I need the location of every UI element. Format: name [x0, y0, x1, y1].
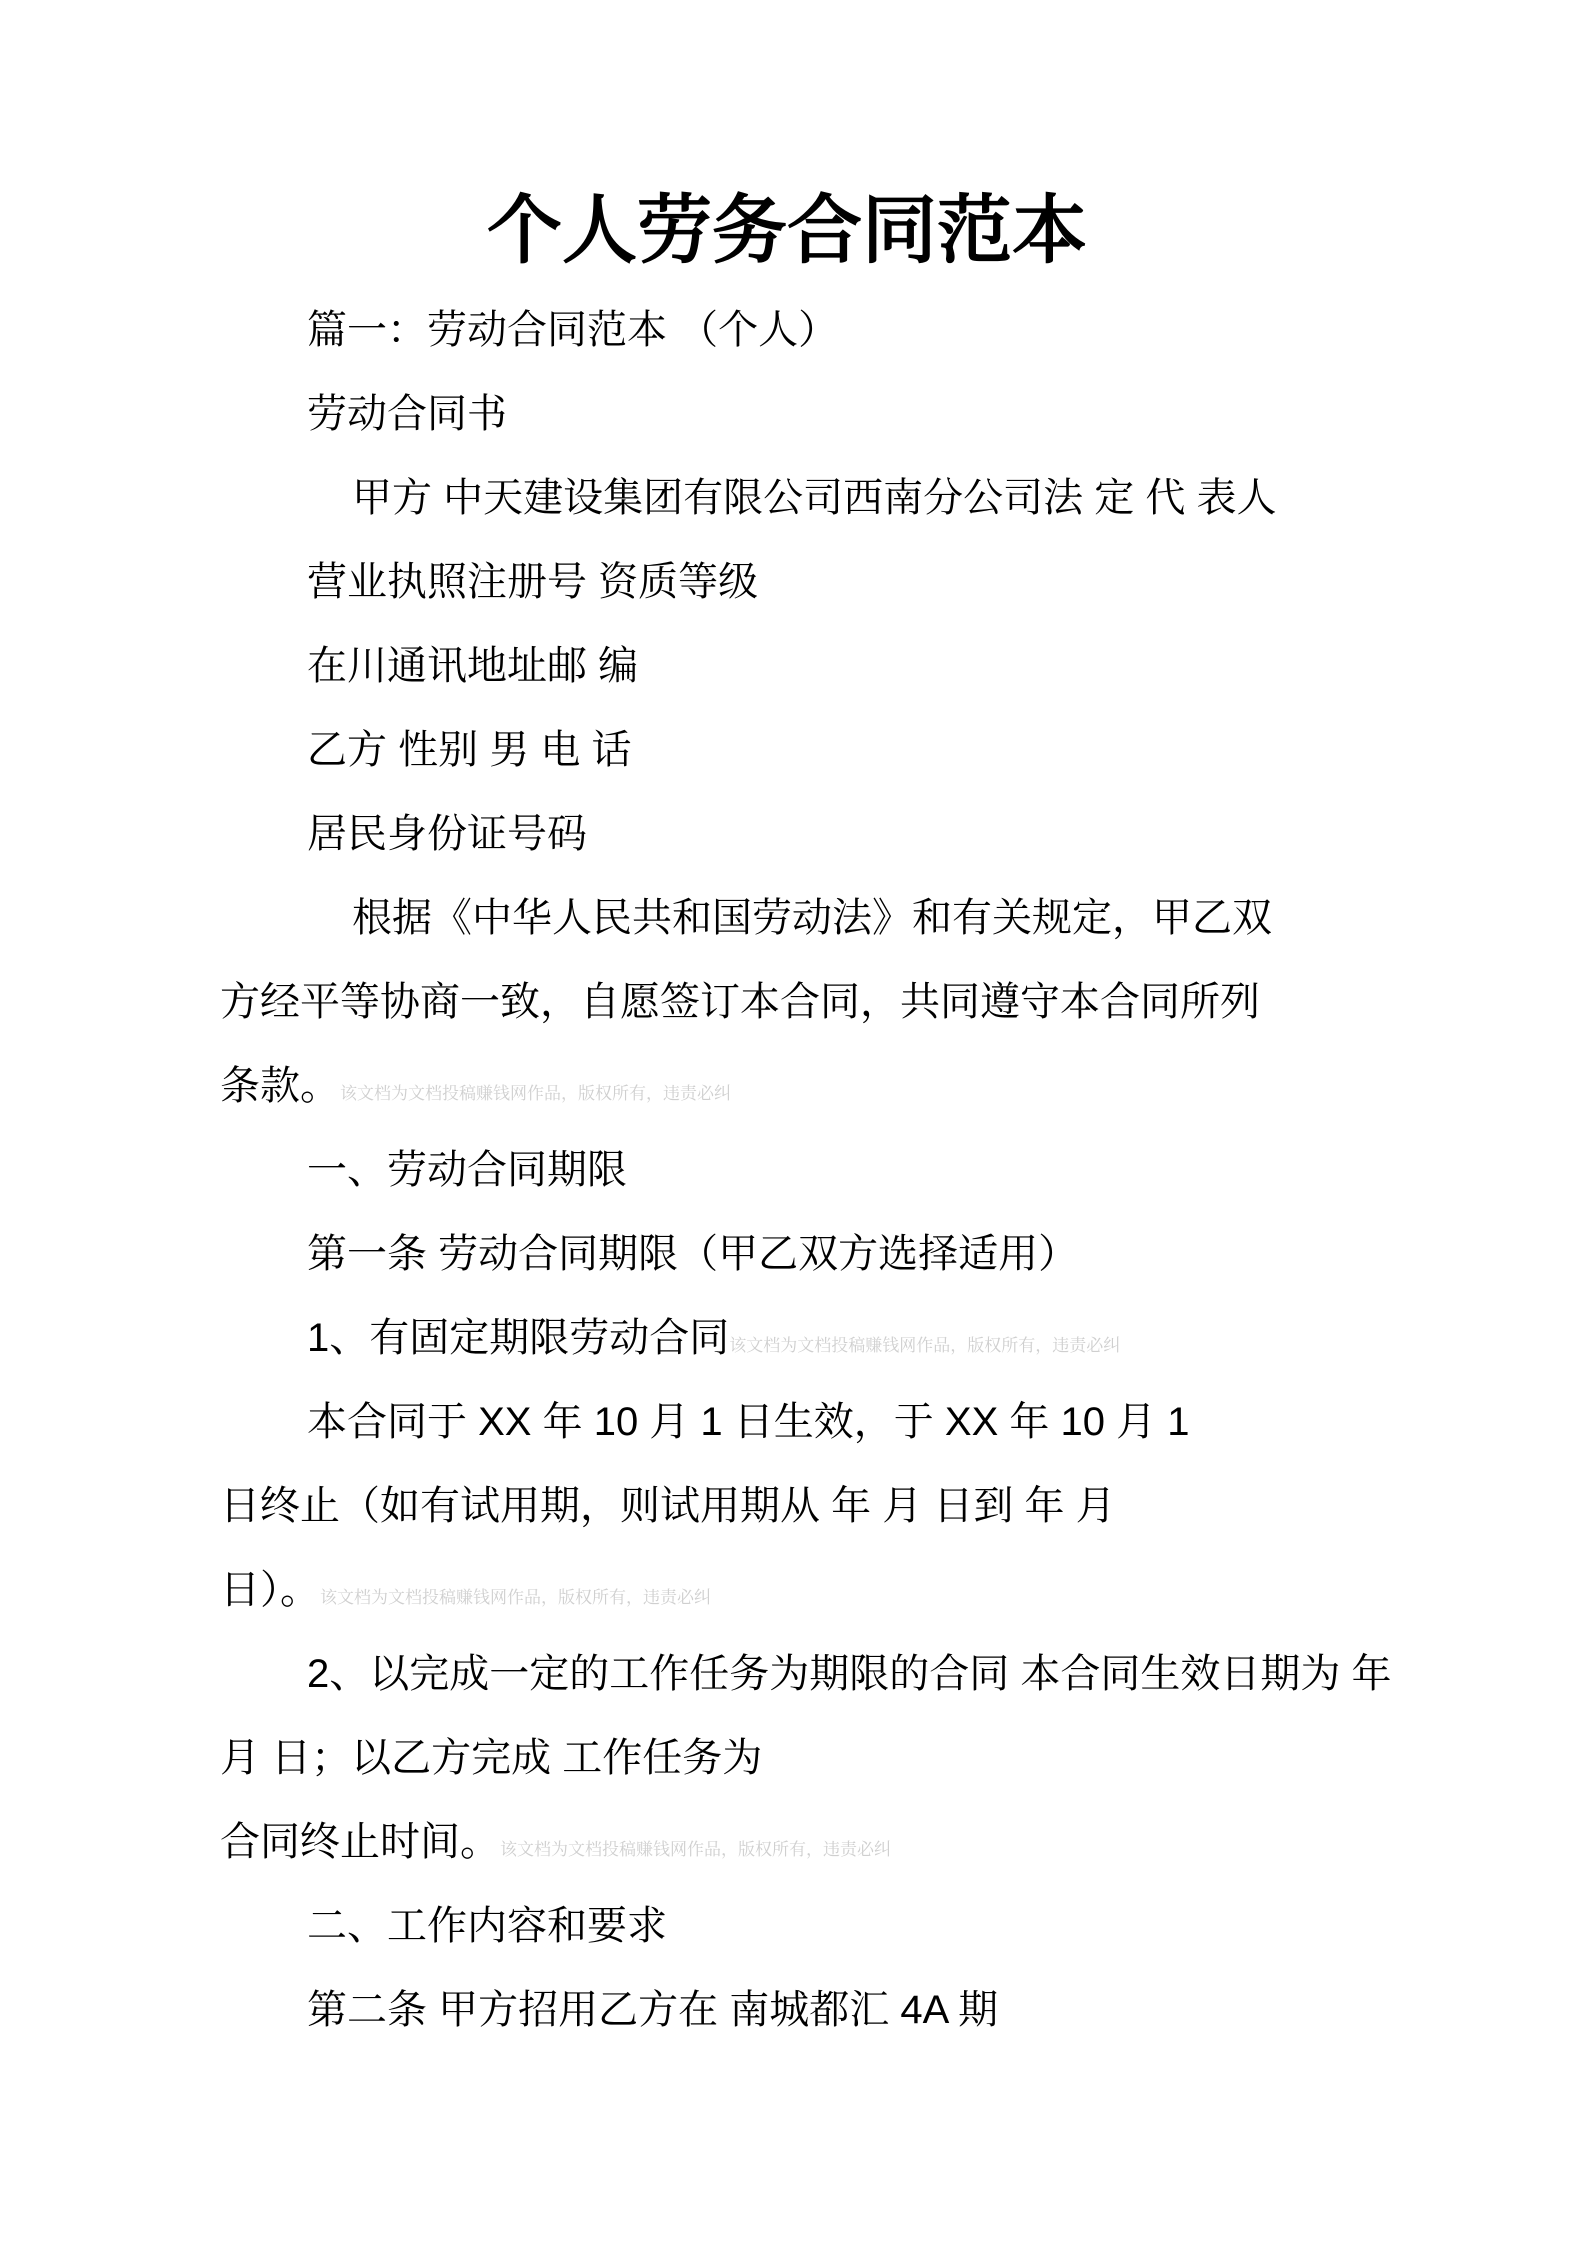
- paragraph-task-term-3: 合同终止时间。该文档为文档投稿赚钱网作品，版权所有，违责必纠: [0, 1800, 1594, 1884]
- paragraph-text: 第二条 甲方招用乙方在 南城都汇 4A 期: [307, 1988, 998, 2032]
- watermark-text: 该文档为文档投稿赚钱网作品，版权所有，违责必纠: [340, 1084, 731, 1103]
- paragraph-text: 根据《中华人民共和国劳动法》和有关规定，甲乙双: [352, 896, 1272, 940]
- watermark-text: 该文档为文档投稿赚钱网作品，版权所有，违责必纠: [320, 1588, 711, 1607]
- paragraph-effective-date-3: 日）。该文档为文档投稿赚钱网作品，版权所有，违责必纠: [0, 1548, 1594, 1632]
- paragraph-article-two: 第二条 甲方招用乙方在 南城都汇 4A 期: [0, 1968, 1594, 2052]
- paragraph-text: 方经平等协商一致，自愿签订本合同，共同遵守本合同所列: [220, 980, 1260, 1024]
- paragraph-license-number: 营业执照注册号 资质等级: [0, 540, 1594, 624]
- paragraph-address: 在川通讯地址邮 编: [0, 624, 1594, 708]
- paragraph-text: 2、以完成一定的工作任务为期限的合同 本合同生效日期为 年: [307, 1652, 1391, 1696]
- paragraph-text: 一、劳动合同期限: [307, 1148, 627, 1192]
- paragraph-text: 本合同于 XX 年 10 月 1 日生效，于 XX 年 10 月 1: [307, 1400, 1189, 1444]
- paragraph-text: 条款。: [220, 1064, 340, 1108]
- paragraph-section-two-heading: 二、工作内容和要求: [0, 1884, 1594, 1968]
- paragraph-text: 日）。: [220, 1568, 320, 1612]
- paragraph-text: 合同终止时间。: [220, 1820, 500, 1864]
- paragraph-section-one-heading: 一、劳动合同期限: [0, 1128, 1594, 1212]
- paragraph-text: 甲方 中天建设集团有限公司西南分公司法 定 代 表人: [352, 476, 1276, 520]
- paragraph-preamble-1: 根据《中华人民共和国劳动法》和有关规定，甲乙双: [0, 876, 1594, 960]
- paragraph-preamble-3: 条款。该文档为文档投稿赚钱网作品，版权所有，违责必纠: [0, 1044, 1594, 1128]
- document-page: 个人劳务合同范本 篇一：劳动合同范本 （个人） 劳动合同书 甲方 中天建设集团有…: [0, 0, 1594, 2256]
- paragraph-text: 劳动合同书: [307, 392, 507, 436]
- paragraph-article-one: 第一条 劳动合同期限（甲乙双方选择适用）: [0, 1212, 1594, 1296]
- paragraph-text: 在川通讯地址邮 编: [307, 644, 638, 688]
- paragraph-effective-date-2: 日终止（如有试用期，则试用期从 年 月 日到 年 月: [0, 1464, 1594, 1548]
- paragraph-party-b: 乙方 性别 男 电 话: [0, 708, 1594, 792]
- paragraph-party-a: 甲方 中天建设集团有限公司西南分公司法 定 代 表人: [0, 456, 1594, 540]
- paragraph-text: 乙方 性别 男 电 话: [307, 728, 631, 772]
- paragraph-text: 月 日；以乙方完成 工作任务为: [220, 1736, 762, 1780]
- paragraph-fixed-term: 1、有固定期限劳动合同该文档为文档投稿赚钱网作品，版权所有，违责必纠: [0, 1296, 1594, 1380]
- paragraph-text: 营业执照注册号 资质等级: [307, 560, 758, 604]
- paragraph-part-one-heading: 篇一：劳动合同范本 （个人）: [0, 288, 1594, 372]
- paragraph-text: 二、工作内容和要求: [307, 1904, 667, 1948]
- paragraph-text: 篇一：劳动合同范本 （个人）: [307, 308, 838, 352]
- paragraph-text: 1、有固定期限劳动合同: [307, 1316, 729, 1360]
- document-title: 个人劳务合同范本: [0, 193, 1574, 268]
- watermark-text: 该文档为文档投稿赚钱网作品，版权所有，违责必纠: [500, 1840, 891, 1859]
- paragraph-text: 居民身份证号码: [307, 812, 587, 856]
- paragraph-contract-book: 劳动合同书: [0, 372, 1594, 456]
- paragraph-id-number: 居民身份证号码: [0, 792, 1594, 876]
- paragraph-text: 第一条 劳动合同期限（甲乙双方选择适用）: [307, 1232, 1078, 1276]
- document-body: 篇一：劳动合同范本 （个人） 劳动合同书 甲方 中天建设集团有限公司西南分公司法…: [0, 288, 1594, 2052]
- paragraph-task-term-1: 2、以完成一定的工作任务为期限的合同 本合同生效日期为 年: [0, 1632, 1594, 1716]
- paragraph-preamble-2: 方经平等协商一致，自愿签订本合同，共同遵守本合同所列: [0, 960, 1594, 1044]
- watermark-text: 该文档为文档投稿赚钱网作品，版权所有，违责必纠: [729, 1336, 1120, 1355]
- paragraph-text: 日终止（如有试用期，则试用期从 年 月 日到 年 月: [220, 1484, 1116, 1528]
- paragraph-task-term-2: 月 日；以乙方完成 工作任务为: [0, 1716, 1594, 1800]
- paragraph-effective-date-1: 本合同于 XX 年 10 月 1 日生效，于 XX 年 10 月 1: [0, 1380, 1594, 1464]
